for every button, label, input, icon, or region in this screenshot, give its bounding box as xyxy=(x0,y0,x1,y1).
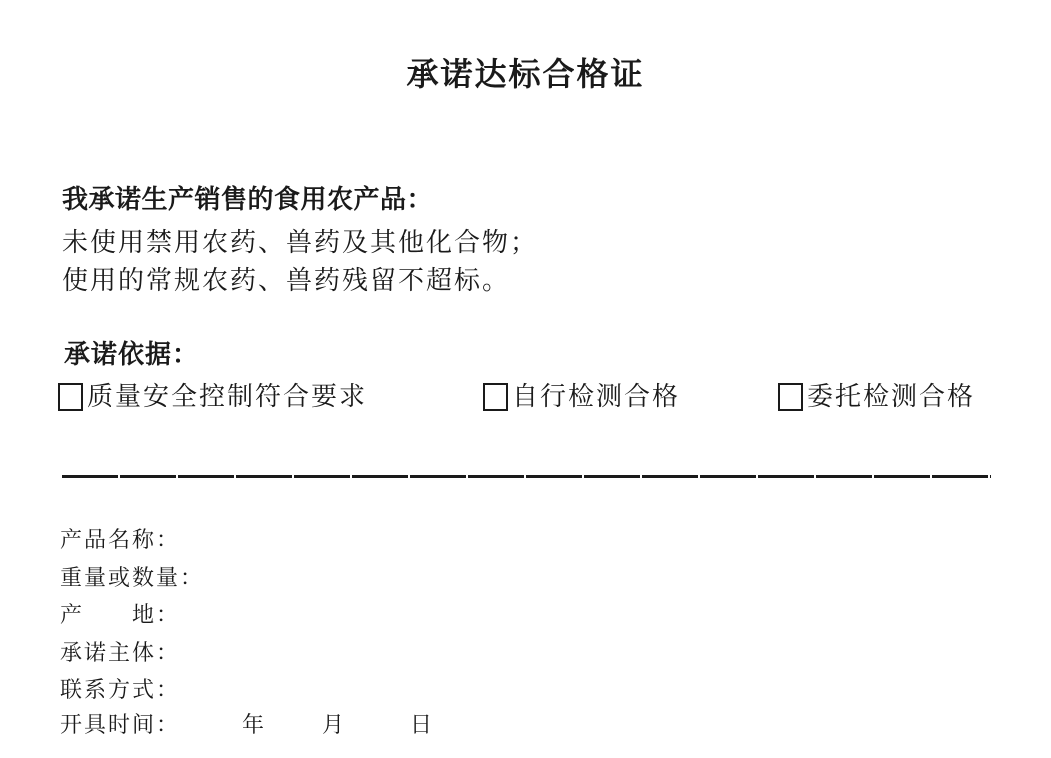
date-month-label: 月 xyxy=(322,713,346,739)
field-product-name: 产品名称： xyxy=(60,528,660,554)
certificate-page: 承诺达标合格证 我承诺生产销售的食用农产品： 未使用禁用农药、兽药及其他化合物；… xyxy=(0,0,1051,758)
field-label: 承诺主体： xyxy=(60,641,180,666)
commitment-line-no-banned-substances: 未使用禁用农药、兽药及其他化合物； xyxy=(62,230,538,256)
basis-option-label: 质量安全控制符合要求 xyxy=(87,384,367,410)
basis-heading: 承诺依据： xyxy=(64,342,199,368)
field-committing-entity: 承诺主体： xyxy=(60,641,660,667)
certificate-title: 承诺达标合格证 xyxy=(0,58,1051,90)
date-year-label: 年 xyxy=(242,713,266,739)
date-day-label: 日 xyxy=(410,713,434,739)
field-contact-info: 联系方式： xyxy=(60,678,660,704)
field-label: 产 地： xyxy=(60,603,180,628)
checkbox-icon xyxy=(778,383,803,411)
basis-option-self-test: 自行检测合格 xyxy=(483,383,680,411)
field-label: 联系方式： xyxy=(60,678,180,703)
basis-option-quality-control: 质量安全控制符合要求 xyxy=(58,383,367,411)
separator-underscore-line xyxy=(62,475,991,478)
field-issue-date: 开具时间： 年 月 日 xyxy=(60,713,660,739)
field-label: 产品名称： xyxy=(60,528,180,553)
checkbox-icon xyxy=(58,383,83,411)
commitment-line-residue-within-limits: 使用的常规农药、兽药残留不超标。 xyxy=(62,268,510,294)
basis-option-label: 自行检测合格 xyxy=(512,384,680,410)
field-label: 开具时间： xyxy=(60,713,180,738)
checkbox-icon xyxy=(483,383,508,411)
field-label: 重量或数量： xyxy=(60,566,204,591)
basis-option-entrusted-test: 委托检测合格 xyxy=(778,383,975,411)
basis-option-label: 委托检测合格 xyxy=(807,384,975,410)
field-weight-or-quantity: 重量或数量： xyxy=(60,566,660,592)
commitment-heading: 我承诺生产销售的食用农产品： xyxy=(62,187,433,213)
field-origin: 产 地： xyxy=(60,603,660,629)
